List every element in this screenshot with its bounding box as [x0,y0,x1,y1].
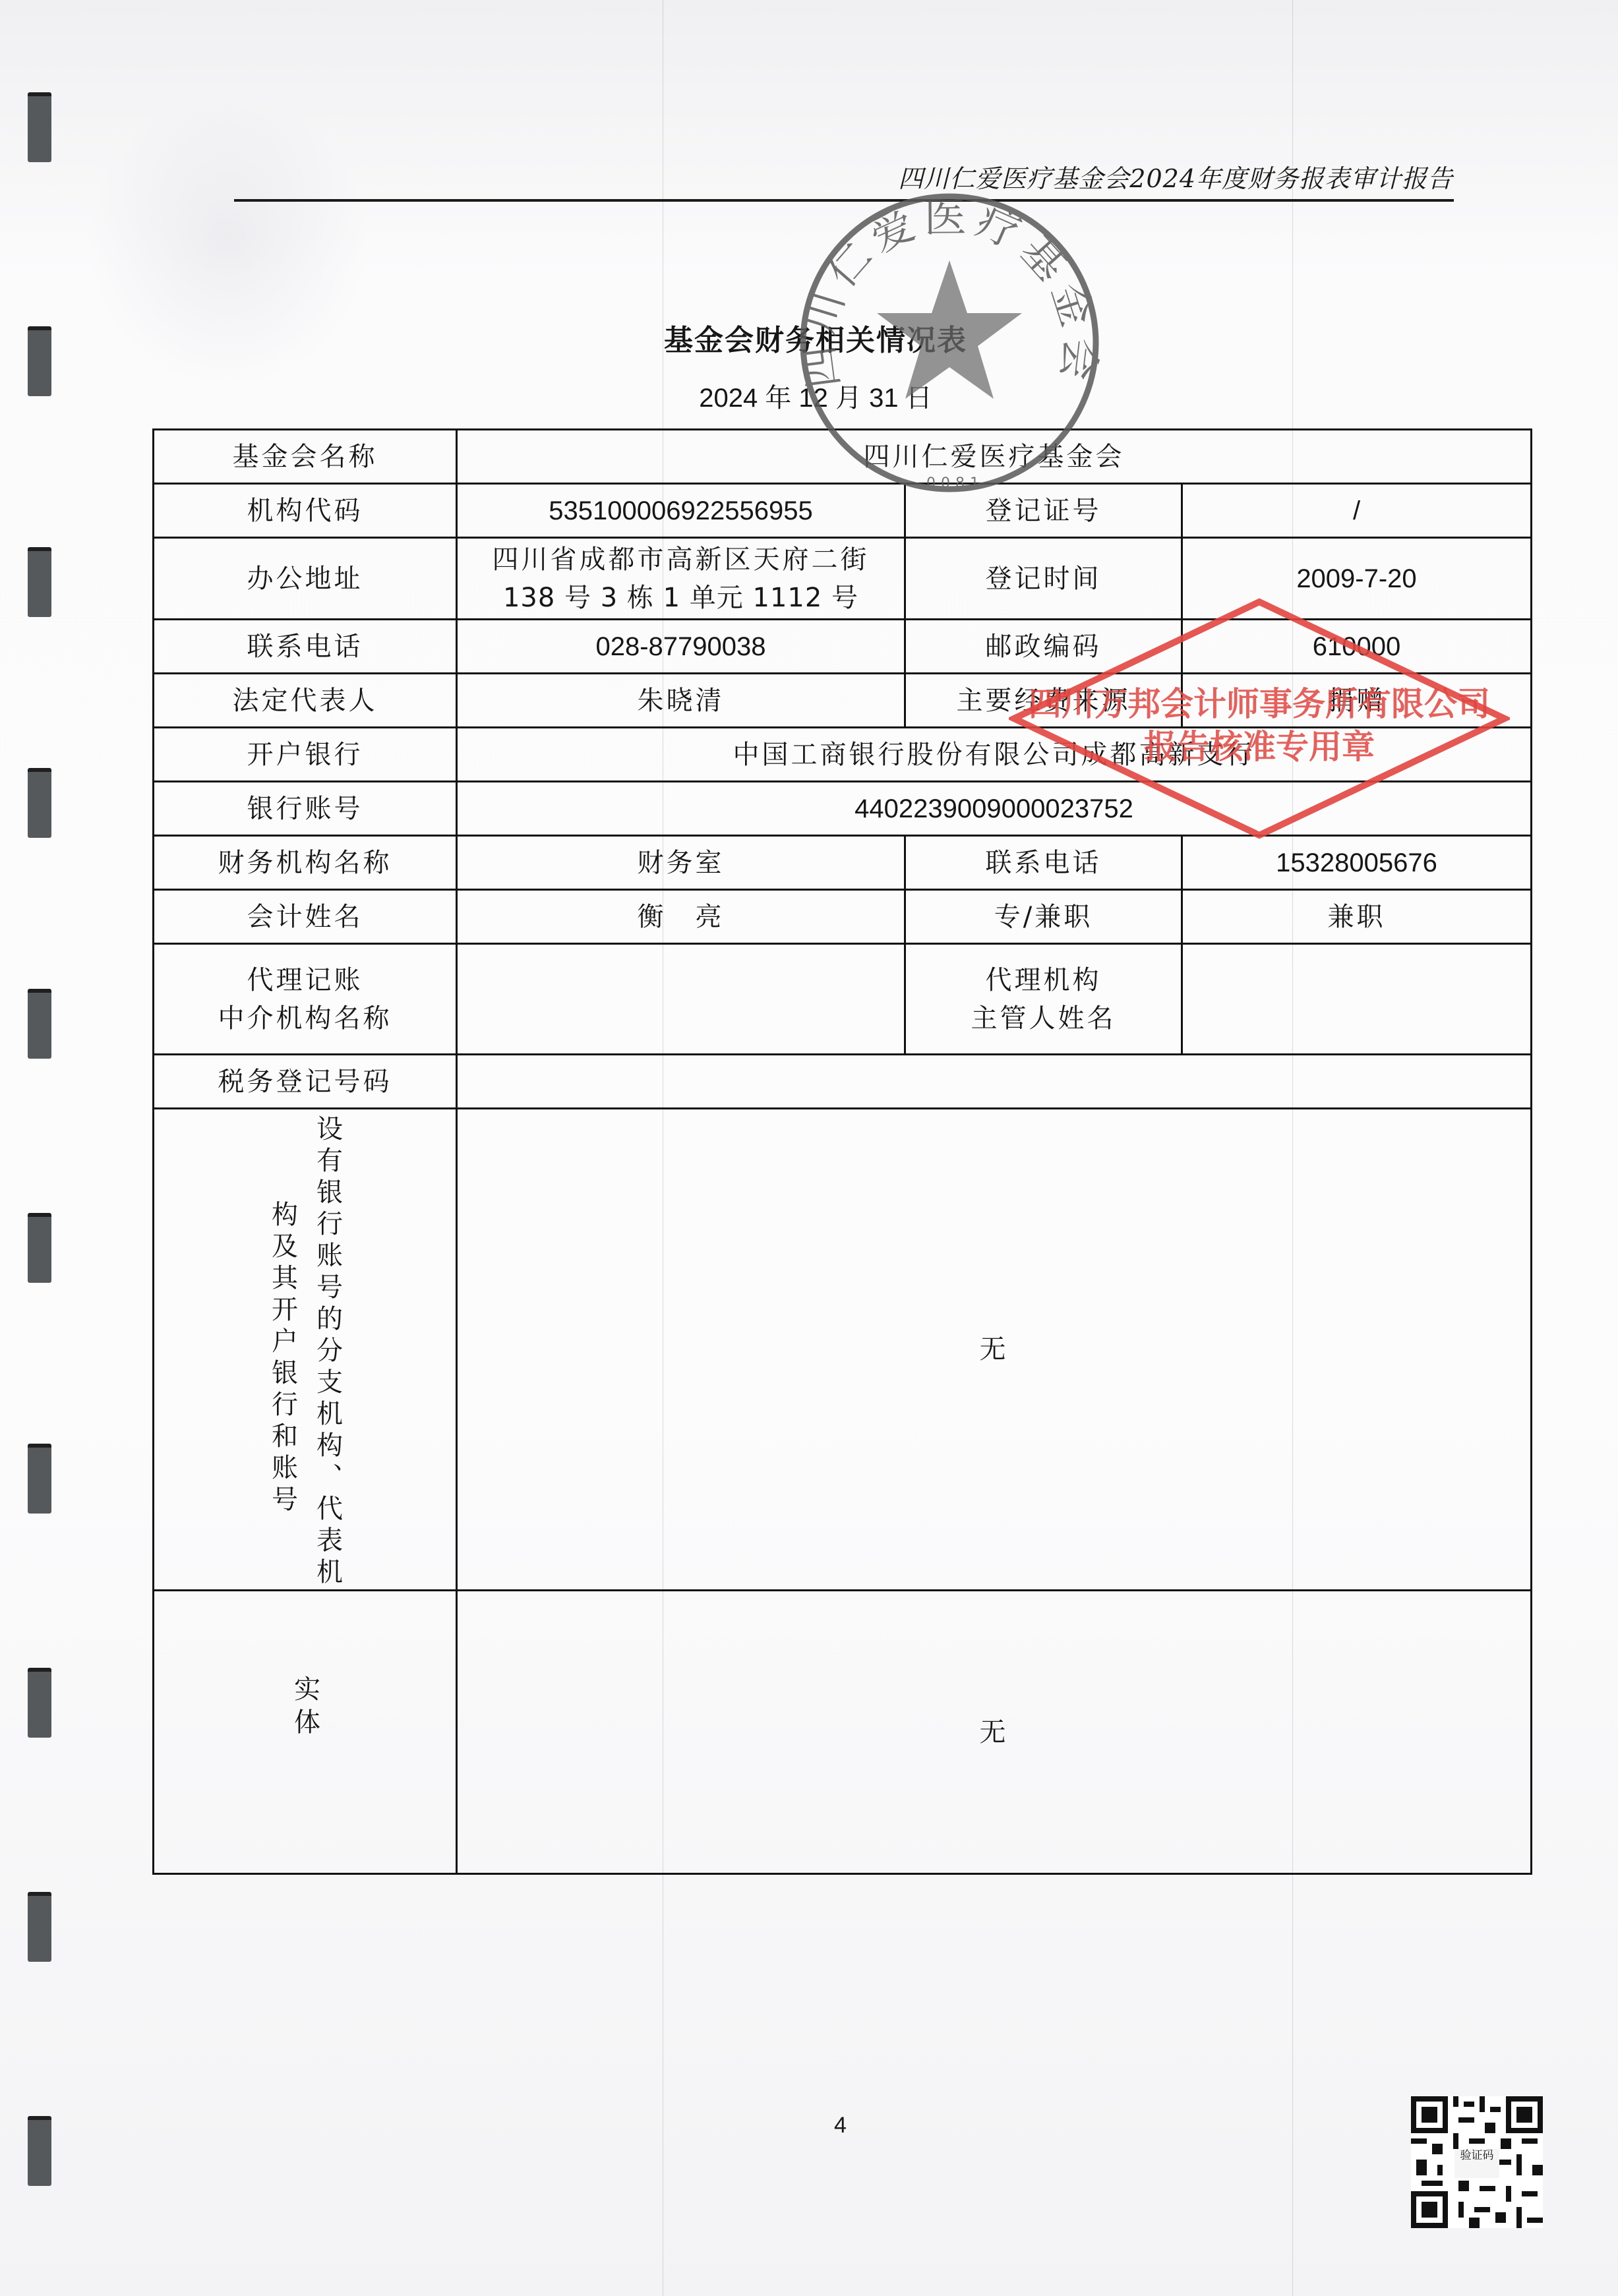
registration-no-label: 登记证号 [905,484,1182,538]
office-address-line2: 138 号 3 栋 1 单元 1112 号 [463,579,899,617]
document-date: 2024 年 12 月 31 日 [0,377,1618,415]
table-row: 会计姓名 衡 亮 专/兼职 兼职 [154,890,1532,944]
table-row: 办公地址 四川省成都市高新区天府二街 138 号 3 栋 1 单元 1112 号… [154,538,1532,620]
binding-hole-mark [28,1668,51,1738]
finance-dept-label: 财务机构名称 [154,836,457,890]
phone-value: 028-87790038 [457,620,905,674]
branches-label-vertical: 设有银行账号的分支机构、代表机 构及其开户银行和账号 [160,1115,450,1589]
binding-hole-mark [28,1444,51,1514]
table-row: 基金会名称 四川仁爱医疗基金会 [154,430,1532,484]
table-row: 设有银行账号的分支机构、代表机 构及其开户银行和账号 无 [154,1109,1532,1591]
office-address-value: 四川省成都市高新区天府二街 138 号 3 栋 1 单元 1112 号 [457,538,905,620]
registration-date-value: 2009-7-20 [1182,538,1532,620]
agent-supervisor-label-line2: 主管人姓名 [911,999,1176,1038]
binding-hole-mark [28,1892,51,1962]
binding-hole-mark [28,1213,51,1283]
postal-code-label: 邮政编码 [905,620,1182,674]
document-title: 基金会财务相关情况表 [0,316,1618,359]
table-row: 代理记账 中介机构名称 代理机构 主管人姓名 [154,944,1532,1055]
agent-supervisor-label: 代理机构 主管人姓名 [905,944,1182,1055]
table-row: 法定代表人 朱晓清 主要经费来源 捐赠 [154,674,1532,728]
agent-org-label-line1: 代理记账 [160,961,450,999]
employment-type-label: 专/兼职 [905,890,1182,944]
legal-rep-value: 朱晓清 [457,674,905,728]
verification-qr-code[interactable]: 验证码 [1411,2096,1543,2228]
agent-supervisor-label-line1: 代理机构 [911,961,1176,999]
running-header-title: 四川仁爱医疗基金会2024年度财务报表审计报告 [898,158,1453,194]
table-row: 联系电话 028-87790038 邮政编码 610000 [154,620,1532,674]
finance-dept-value: 财务室 [457,836,905,890]
accountant-label: 会计姓名 [154,890,457,944]
bank-value: 中国工商银行股份有限公司成都高新支行 [457,728,1532,782]
funding-source-label: 主要经费来源 [905,674,1182,728]
employment-type-value: 兼职 [1182,890,1532,944]
agent-supervisor-value [1182,944,1532,1055]
branches-label: 设有银行账号的分支机构、代表机 构及其开户银行和账号 [154,1109,457,1591]
table-row: 税务登记号码 [154,1055,1532,1109]
agent-org-value [457,944,905,1055]
table-row: 实体 无 [154,1591,1532,1874]
qr-center-label: 验证码 [1454,2149,1499,2178]
branches-label-col2: 构及其开户银行和账号 [270,1200,296,1517]
office-address-line1: 四川省成都市高新区天府二街 [463,541,899,579]
entity-label: 实体 [154,1591,457,1874]
table-row: 机构代码 535100006922556955 登记证号 / [154,484,1532,538]
registration-no-value: / [1182,484,1532,538]
table-row: 开户银行 中国工商银行股份有限公司成都高新支行 [154,728,1532,782]
agent-org-label: 代理记账 中介机构名称 [154,944,457,1055]
bank-label: 开户银行 [154,728,457,782]
table-row: 财务机构名称 财务室 联系电话 15328005676 [154,836,1532,890]
foundation-name-value: 四川仁爱医疗基金会 [457,430,1532,484]
foundation-info-table: 基金会名称 四川仁爱医疗基金会 机构代码 535100006922556955 … [152,428,1532,1875]
accountant-value: 衡 亮 [457,890,905,944]
org-code-value: 535100006922556955 [457,484,905,538]
org-code-label: 机构代码 [154,484,457,538]
branches-label-col1: 设有银行账号的分支机构、代表机 [315,1115,341,1589]
agent-org-label-line2: 中介机构名称 [160,999,450,1038]
binding-hole-mark [28,92,51,162]
bank-account-label: 银行账号 [154,782,457,836]
bank-account-value: 4402239009000023752 [457,782,1532,836]
binding-hole-mark [28,989,51,1059]
foundation-name-label: 基金会名称 [154,430,457,484]
entity-value: 无 [457,1591,1532,1874]
header-rule [234,199,1454,202]
binding-hole-mark [28,768,51,838]
office-address-label: 办公地址 [154,538,457,620]
finance-phone-label: 联系电话 [905,836,1182,890]
legal-rep-label: 法定代表人 [154,674,457,728]
tax-reg-no-value [457,1055,1532,1109]
branches-value: 无 [457,1109,1532,1591]
funding-source-value: 捐赠 [1182,674,1532,728]
registration-date-label: 登记时间 [905,538,1182,620]
page-number: 4 [834,2113,847,2138]
entity-label-text: 实体 [286,1675,324,1741]
binding-hole-mark [28,2116,51,2186]
table-row: 银行账号 4402239009000023752 [154,782,1532,836]
phone-label: 联系电话 [154,620,457,674]
finance-phone-value: 15328005676 [1182,836,1532,890]
binding-hole-mark [28,547,51,617]
postal-code-value: 610000 [1182,620,1532,674]
tax-reg-no-label: 税务登记号码 [154,1055,457,1109]
